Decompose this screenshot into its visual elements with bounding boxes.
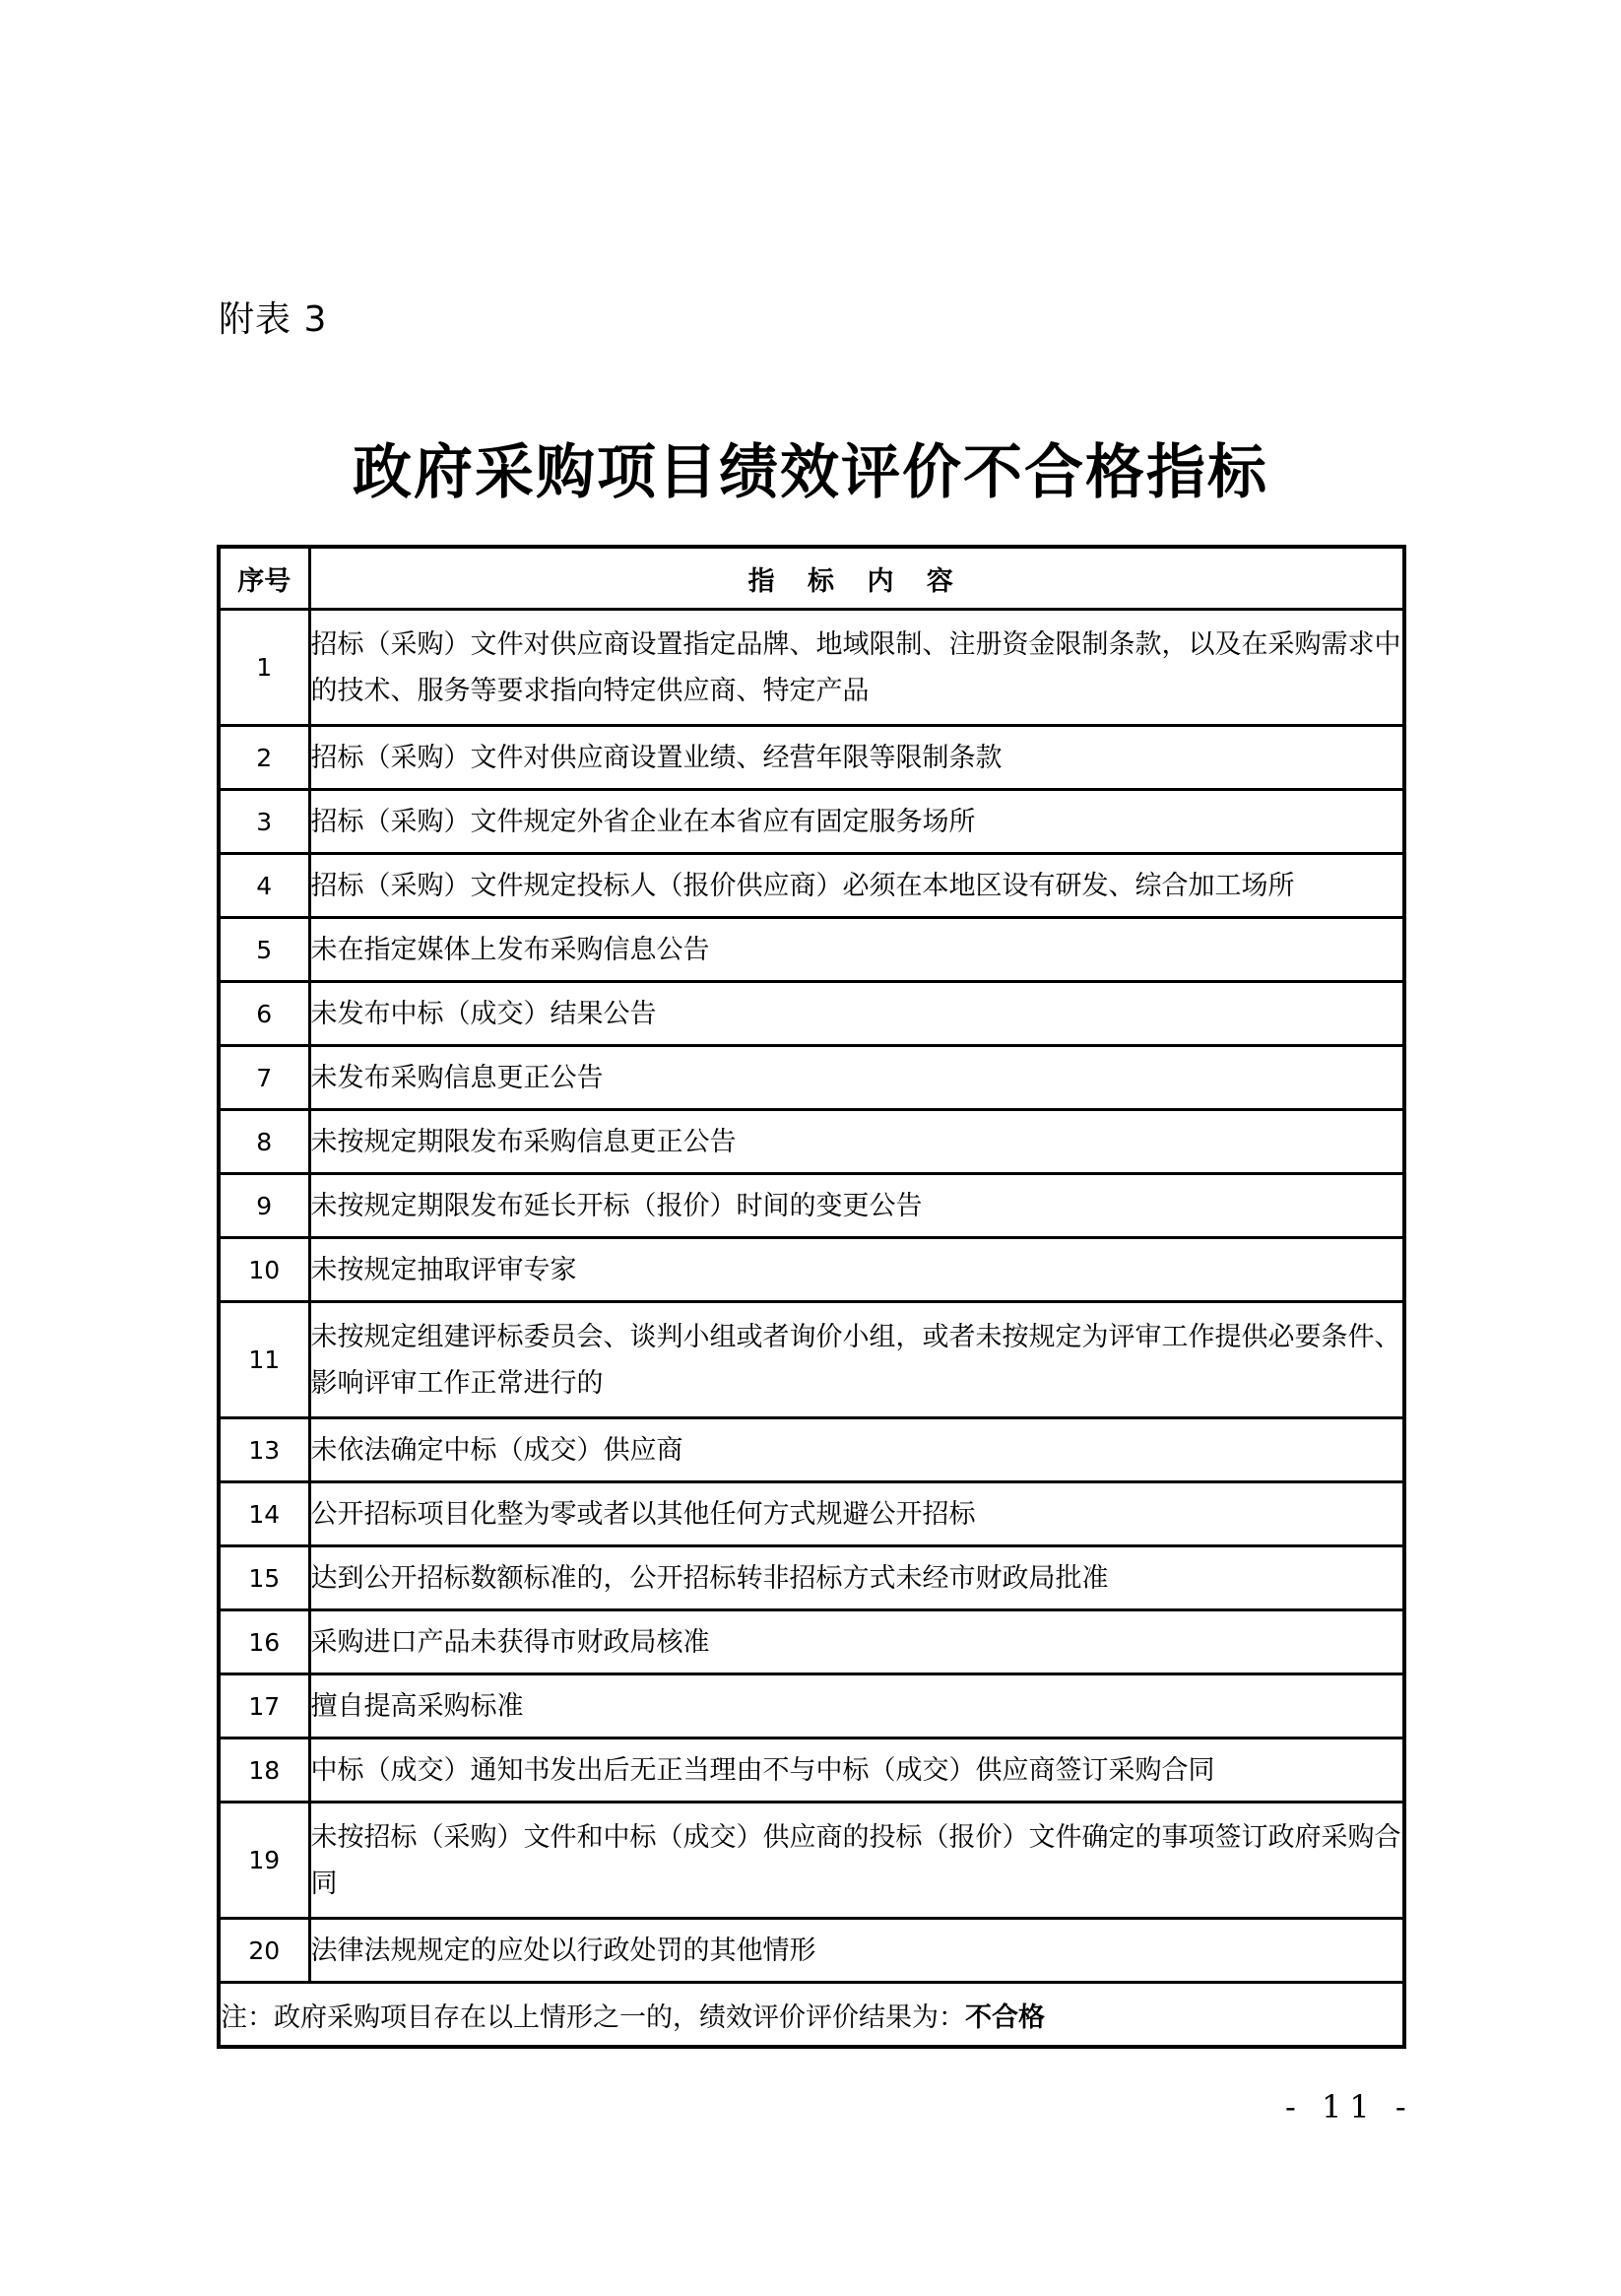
row-number: 18 (219, 1738, 309, 1803)
page-number: - 11 - (1285, 2088, 1414, 2126)
row-number: 13 (219, 1418, 309, 1482)
row-content: 招标（采购）文件规定投标人（报价供应商）必须在本地区设有研发、综合加工场所 (309, 854, 1404, 918)
row-content: 未按规定组建评标委员会、谈判小组或者询价小组，或者未按规定为评审工作提供必要条件… (309, 1302, 1404, 1418)
table-row: 2招标（采购）文件对供应商设置业绩、经营年限等限制条款 (219, 726, 1404, 790)
table-row: 9未按规定期限发布延长开标（报价）时间的变更公告 (219, 1174, 1404, 1238)
column-header-content: 指 标 内 容 (309, 547, 1404, 610)
row-content: 未按规定抽取评审专家 (309, 1238, 1404, 1302)
row-number: 7 (219, 1046, 309, 1110)
row-number: 4 (219, 854, 309, 918)
row-content: 法律法规规定的应处以行政处罚的其他情形 (309, 1919, 1404, 1983)
table-row: 14公开招标项目化整为零或者以其他任何方式规避公开招标 (219, 1482, 1404, 1546)
row-number: 5 (219, 918, 309, 982)
table-row: 16采购进口产品未获得市财政局核准 (219, 1610, 1404, 1674)
table-note: 注：政府采购项目存在以上情形之一的，绩效评价评价结果为：不合格 (219, 1983, 1404, 2048)
table-row: 3招标（采购）文件规定外省企业在本省应有固定服务场所 (219, 790, 1404, 854)
row-number: 20 (219, 1919, 309, 1983)
note-text: 注：政府采购项目存在以上情形之一的，绩效评价评价结果为： (221, 2002, 965, 2033)
row-content: 中标（成交）通知书发出后无正当理由不与中标（成交）供应商签订采购合同 (309, 1738, 1404, 1803)
row-content: 招标（采购）文件对供应商设置指定品牌、地域限制、注册资金限制条款，以及在采购需求… (309, 610, 1404, 726)
table-row: 6未发布中标（成交）结果公告 (219, 982, 1404, 1046)
table-row: 11未按规定组建评标委员会、谈判小组或者询价小组，或者未按规定为评审工作提供必要… (219, 1302, 1404, 1418)
table-row: 7未发布采购信息更正公告 (219, 1046, 1404, 1110)
document-title: 政府采购项目绩效评价不合格指标 (0, 426, 1621, 510)
row-number: 10 (219, 1238, 309, 1302)
row-number: 14 (219, 1482, 309, 1546)
row-content: 未发布中标（成交）结果公告 (309, 982, 1404, 1046)
table-row: 5未在指定媒体上发布采购信息公告 (219, 918, 1404, 982)
column-header-no: 序号 (219, 547, 309, 610)
row-content: 未在指定媒体上发布采购信息公告 (309, 918, 1404, 982)
row-number: 16 (219, 1610, 309, 1674)
row-content: 未按招标（采购）文件和中标（成交）供应商的投标（报价）文件确定的事项签订政府采购… (309, 1803, 1404, 1919)
row-number: 1 (219, 610, 309, 726)
table-header-row: 序号 指 标 内 容 (219, 547, 1404, 610)
row-number: 6 (219, 982, 309, 1046)
row-content: 公开招标项目化整为零或者以其他任何方式规避公开招标 (309, 1482, 1404, 1546)
row-content: 招标（采购）文件对供应商设置业绩、经营年限等限制条款 (309, 726, 1404, 790)
table-row: 19未按招标（采购）文件和中标（成交）供应商的投标（报价）文件确定的事项签订政府… (219, 1803, 1404, 1919)
row-number: 3 (219, 790, 309, 854)
row-content: 未依法确定中标（成交）供应商 (309, 1418, 1404, 1482)
row-content: 擅自提高采购标准 (309, 1674, 1404, 1738)
row-content: 采购进口产品未获得市财政局核准 (309, 1610, 1404, 1674)
table-row: 8未按规定期限发布采购信息更正公告 (219, 1110, 1404, 1174)
table-row: 20法律法规规定的应处以行政处罚的其他情形 (219, 1919, 1404, 1983)
row-number: 8 (219, 1110, 309, 1174)
appendix-label: 附表 3 (219, 292, 327, 342)
row-content: 招标（采购）文件规定外省企业在本省应有固定服务场所 (309, 790, 1404, 854)
table-note-row: 注：政府采购项目存在以上情形之一的，绩效评价评价结果为：不合格 (219, 1983, 1404, 2048)
row-number: 15 (219, 1546, 309, 1610)
row-number: 2 (219, 726, 309, 790)
table-row: 13未依法确定中标（成交）供应商 (219, 1418, 1404, 1482)
table-row: 18中标（成交）通知书发出后无正当理由不与中标（成交）供应商签订采购合同 (219, 1738, 1404, 1803)
table-row: 15达到公开招标数额标准的，公开招标转非招标方式未经市财政局批准 (219, 1546, 1404, 1610)
row-content: 未按规定期限发布延长开标（报价）时间的变更公告 (309, 1174, 1404, 1238)
row-content: 未按规定期限发布采购信息更正公告 (309, 1110, 1404, 1174)
row-number: 11 (219, 1302, 309, 1418)
table-row: 10未按规定抽取评审专家 (219, 1238, 1404, 1302)
table-row: 4招标（采购）文件规定投标人（报价供应商）必须在本地区设有研发、综合加工场所 (219, 854, 1404, 918)
row-content: 未发布采购信息更正公告 (309, 1046, 1404, 1110)
row-content: 达到公开招标数额标准的，公开招标转非招标方式未经市财政局批准 (309, 1546, 1404, 1610)
note-verdict: 不合格 (965, 2002, 1045, 2033)
row-number: 19 (219, 1803, 309, 1919)
criteria-table: 序号 指 标 内 容 1招标（采购）文件对供应商设置指定品牌、地域限制、注册资金… (217, 545, 1406, 2049)
row-number: 17 (219, 1674, 309, 1738)
table-row: 17擅自提高采购标准 (219, 1674, 1404, 1738)
row-number: 9 (219, 1174, 309, 1238)
table-row: 1招标（采购）文件对供应商设置指定品牌、地域限制、注册资金限制条款，以及在采购需… (219, 610, 1404, 726)
